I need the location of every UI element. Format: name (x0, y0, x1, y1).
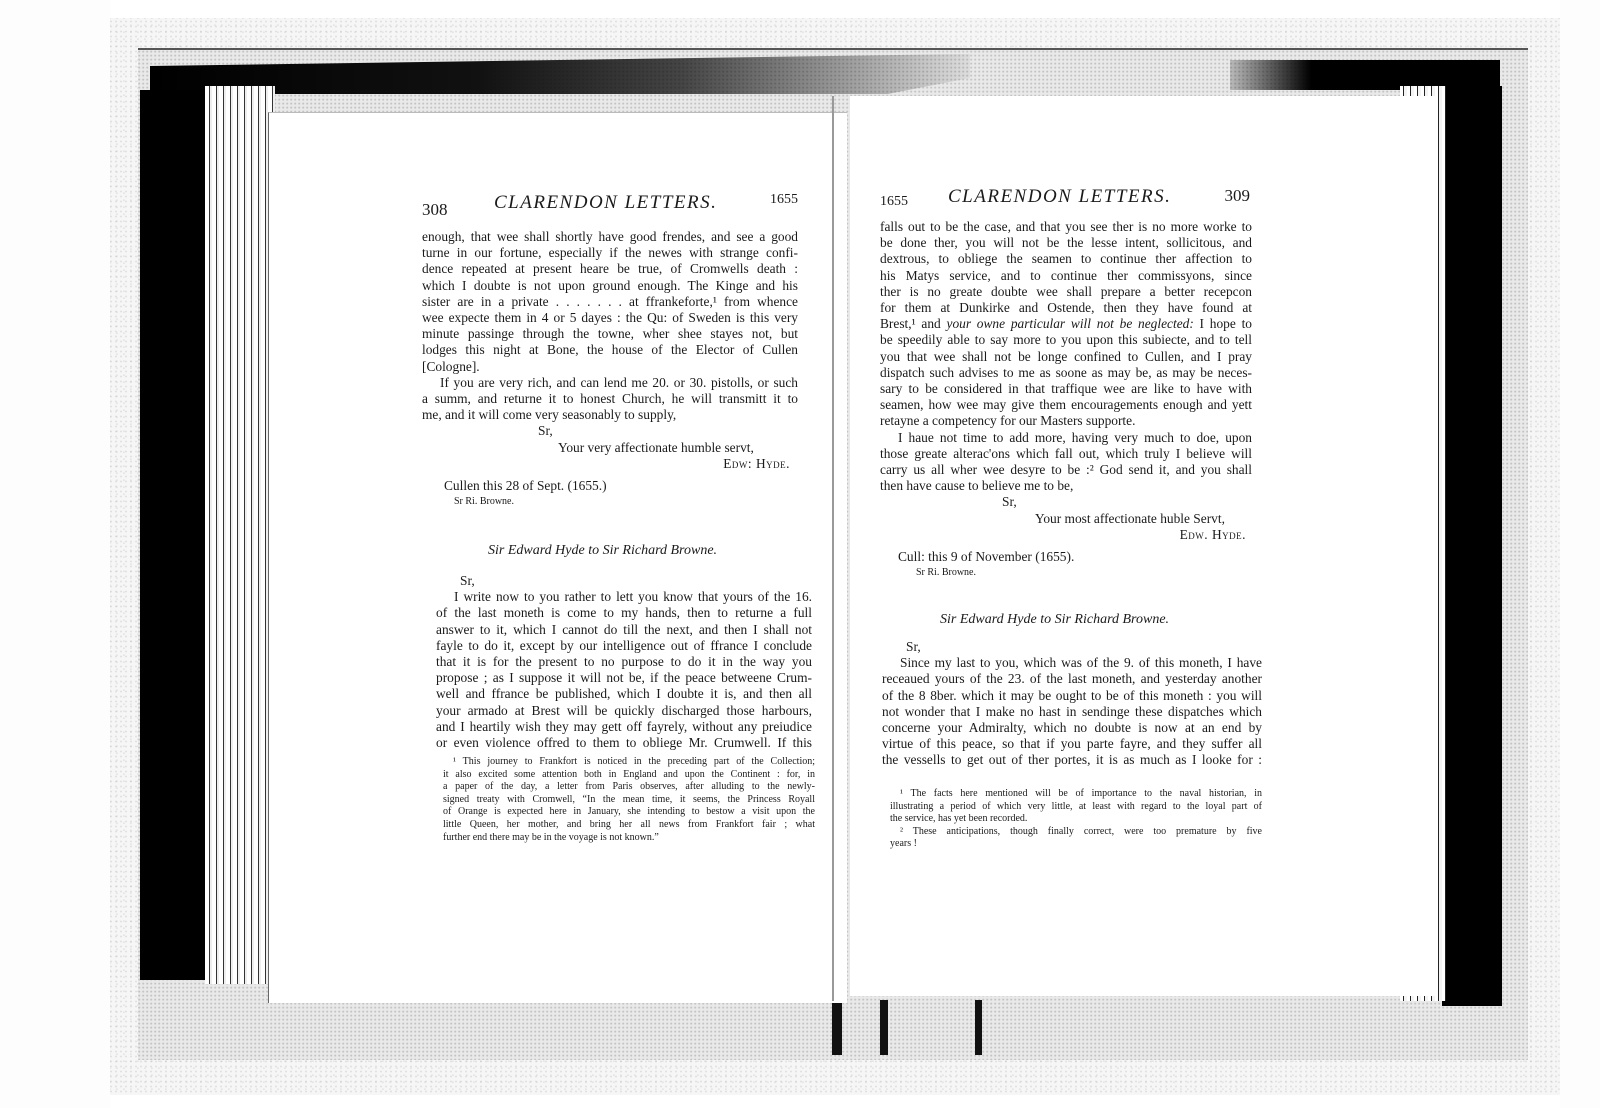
text-line: not wonder that I make no hast in sendin… (882, 704, 1262, 720)
text-line: fayle to do it, except by our intelligen… (436, 638, 812, 654)
text-line: Brest,¹ and your owne particular will no… (880, 316, 1252, 332)
letter-heading: Sir Edward Hyde to Sir Richard Browne. (488, 543, 717, 559)
closing-salutation: Sr, (422, 423, 798, 439)
footnote-line: ² These anticipations, though finally co… (890, 826, 1262, 839)
text-line: the vessells to get out of ther portes, … (882, 752, 1262, 768)
text-line: I haue not time to add more, having very… (880, 430, 1252, 446)
running-title: CLARENDON LETTERS. (494, 192, 717, 214)
text-line: [Cologne]. (422, 359, 798, 375)
footnote-line: it also excited some attention both in E… (443, 769, 815, 782)
footnote-line: years ! (890, 838, 1262, 851)
footnote-line: a paper of the day, a letter from Paris … (443, 781, 815, 794)
text-line: carry us all wher wee desyre to be :² Go… (880, 462, 1252, 478)
background-margin-top (0, 0, 1600, 18)
text-line: If you are very rich, and can lend me 20… (422, 375, 798, 391)
background-margin-left (0, 0, 110, 1108)
right-body: falls out to be the case, and that you s… (880, 219, 1252, 581)
running-year: 1655 (880, 194, 908, 210)
text-line: me, and it will come very seasonably to … (422, 407, 798, 423)
valediction: Your very affectionate humble servt, (422, 440, 798, 456)
background-margin-right (1560, 0, 1600, 1108)
text-line: sary to be considered in that traffique … (880, 381, 1252, 397)
spine-fragment (975, 1000, 982, 1055)
footnote-line: little Queen, her mother, and bring her … (443, 819, 815, 832)
text-line: propose ; as I suppose it will not be, i… (436, 670, 812, 686)
left-letter-body: Sr, I write now to you rather to lett yo… (436, 573, 812, 751)
text-line: and I heartily wish they may gett off fa… (436, 719, 812, 735)
text-line: ther is no greate doubte wee shall prepa… (880, 284, 1252, 300)
text-line: be done ther, you will not be the lesse … (880, 235, 1252, 251)
text-line: wee expecte them in 4 or 5 dayes : the Q… (422, 310, 798, 326)
text-line: lodges this night at Bone, the house of … (422, 342, 798, 358)
right-letter-body: Sr, Since my last to you, which was of t… (882, 639, 1262, 769)
left-footnotes: ¹ This journey to Frankfort is noticed i… (443, 756, 815, 844)
text-line: of the 8 8ber. which it may be ought to … (882, 688, 1262, 704)
text-line: concerne your Admiralty, which no doubte… (882, 720, 1262, 736)
signature: Edw: Hyde. (422, 456, 790, 472)
footnote-line: of Orange is expected here in January, s… (443, 806, 815, 819)
running-title: CLARENDON LETTERS. (948, 186, 1171, 208)
text-line: a summ, and returne it to honest Church,… (422, 391, 798, 407)
page-stack-left (205, 86, 275, 984)
footnote-line: the service, has yet been recorded. (890, 813, 1262, 826)
text-line: receaued yours of the 23. of the last mo… (882, 671, 1262, 687)
letter-salutation: Sr, (436, 573, 812, 589)
footnote-line: ¹ This journey to Frankfort is noticed i… (443, 756, 815, 769)
emphasized-phrase: your owne particular will not be neglect… (947, 316, 1194, 331)
text-line: seamen, how wee may give them encouragem… (880, 397, 1252, 413)
text-line: turne in our fortune, especially if the … (422, 245, 798, 261)
letter-heading: Sir Edward Hyde to Sir Richard Browne. (940, 612, 1169, 628)
text-line: I write now to you rather to lett you kn… (436, 589, 812, 605)
book-gutter (832, 96, 834, 1001)
footnote-line: signed treaty with Cromwell, “In the mea… (443, 794, 815, 807)
text-line: virtue of this peace, so that if you par… (882, 736, 1262, 752)
footnote-line: further end there may be in the voyage i… (443, 832, 815, 845)
text-line: those greate alterac'ons which fall out,… (880, 446, 1252, 462)
background-margin-bottom (0, 1095, 1600, 1108)
dateline: Cull: this 9 of November (1655). (880, 549, 1252, 565)
text-line: minute passinge through the towne, wher … (422, 326, 798, 342)
spine-fragment (880, 1000, 888, 1055)
text-line: answer to it, which I cannot do till the… (436, 622, 812, 638)
text-line: then have cause to believe me to be, (880, 478, 1252, 494)
text-line: of the last moneth is come to my hands, … (436, 605, 812, 621)
text-line: dispatch such advises to me as soone as … (880, 365, 1252, 381)
running-year: 1655 (770, 192, 798, 208)
text-line: your armado at Brest will be quickly dis… (436, 703, 812, 719)
text-line: that it is for the present to no purpose… (436, 654, 812, 670)
valediction: Your most affectionate huble Servt, (880, 511, 1252, 527)
signature: Edw. Hyde. (880, 527, 1246, 543)
right-footnotes: ¹ The facts here mentioned will be of im… (890, 788, 1262, 851)
cover-edge-right (1442, 86, 1502, 1006)
page-number: 308 (422, 200, 448, 220)
text-line: his Matys service, and to continue ther … (880, 268, 1252, 284)
page-number: 309 (1225, 186, 1251, 206)
text-line: be speedily able to say more to you upon… (880, 332, 1252, 348)
text-line: you that wee shall not be longe confined… (880, 349, 1252, 365)
letter-salutation: Sr, (882, 639, 1262, 655)
spine-fragment (832, 1000, 842, 1055)
dateline: Cullen this 28 of Sept. (1655.) (422, 478, 798, 494)
text-line: dence repeated at present heare be true,… (422, 261, 798, 277)
text-line: sister are in a private . . . . . . . at… (422, 294, 798, 310)
text-line: enough, that wee shall shortly have good… (422, 229, 798, 245)
text-line: well and ffrance be published, which I d… (436, 686, 812, 702)
left-body: enough, that wee shall shortly have good… (422, 229, 798, 510)
text-line: which I doubte is not upon ground enough… (422, 278, 798, 294)
text-line: for them at Dunkirke and Ostende, then t… (880, 300, 1252, 316)
addressee: Sr Ri. Browne. (880, 565, 1252, 581)
footnote-line: ¹ The facts here mentioned will be of im… (890, 788, 1262, 801)
text-line: dextrous, to obliege the seamen to conti… (880, 251, 1252, 267)
closing-salutation: Sr, (880, 494, 1252, 510)
text-line: or even violence offred to them to oblie… (436, 735, 812, 751)
footnote-line: illustrating a period of which very litt… (890, 801, 1262, 814)
text-line: retayne a competency for our Masters sup… (880, 413, 1252, 429)
addressee: Sr Ri. Browne. (422, 494, 798, 510)
text-line: falls out to be the case, and that you s… (880, 219, 1252, 235)
text-line: Since my last to you, which was of the 9… (882, 655, 1262, 671)
